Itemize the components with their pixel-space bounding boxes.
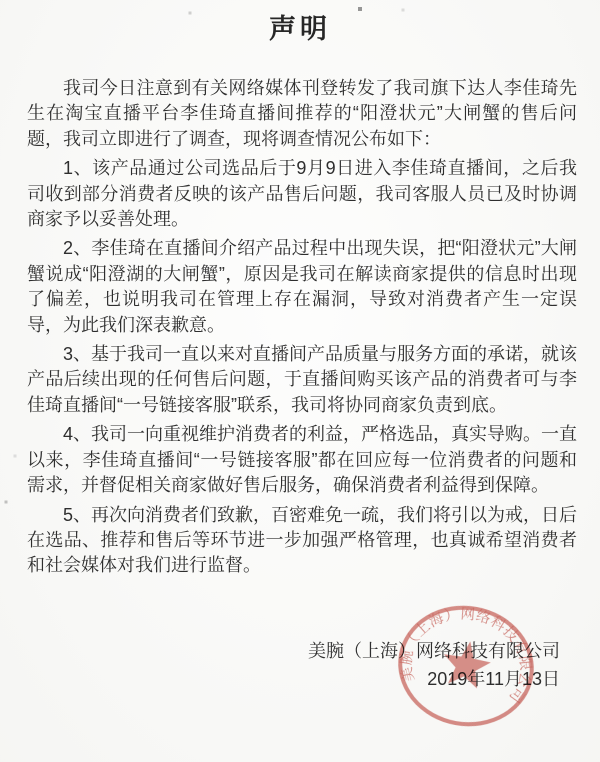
statement-paragraph: 5、再次向消费者们致歉，百密难免一疏，我们将引以为戒，日后在选品、推荐和售后等环… <box>27 503 577 579</box>
statement-paragraph: 4、我司一向重视维护消费者的利益，严格选品，真实导购。一直以来，李佳琦直播间“一… <box>27 422 577 498</box>
statement-paragraph: 我司今日注意到有关网络媒体刊登转发了我司旗下达人李佳琦先生在淘宝直播平台李佳琦直… <box>27 76 577 152</box>
signature-company: 美腕（上海）网络科技有限公司 <box>0 637 560 665</box>
statement-paragraph: 3、基于我司一直以来对直播间产品质量与服务方面的承诺，就该产品后续出现的任何售后… <box>27 342 577 418</box>
page-title: 声明 <box>0 0 600 44</box>
statement-paragraph: 1、该产品通过公司选品后于9月9日进入李佳琦直播间，之后我司收到部分消费者反映的… <box>27 156 577 232</box>
statement-paragraph: 2、李佳琦在直播间介绍产品过程中出现失误，把“阳澄状元”大闸蟹说成“阳澄湖的大闸… <box>27 236 577 338</box>
signature-block: 美腕（上海）网络科技有限公司 2019年11月13日 <box>0 637 600 693</box>
signature-date: 2019年11月13日 <box>0 665 560 693</box>
scan-specks <box>0 0 2 2</box>
statement-body: 我司今日注意到有关网络媒体刊登转发了我司旗下达人李佳琦先生在淘宝直播平台李佳琦直… <box>0 76 600 579</box>
statement-document: 声明 我司今日注意到有关网络媒体刊登转发了我司旗下达人李佳琦先生在淘宝直播平台李… <box>0 0 600 762</box>
